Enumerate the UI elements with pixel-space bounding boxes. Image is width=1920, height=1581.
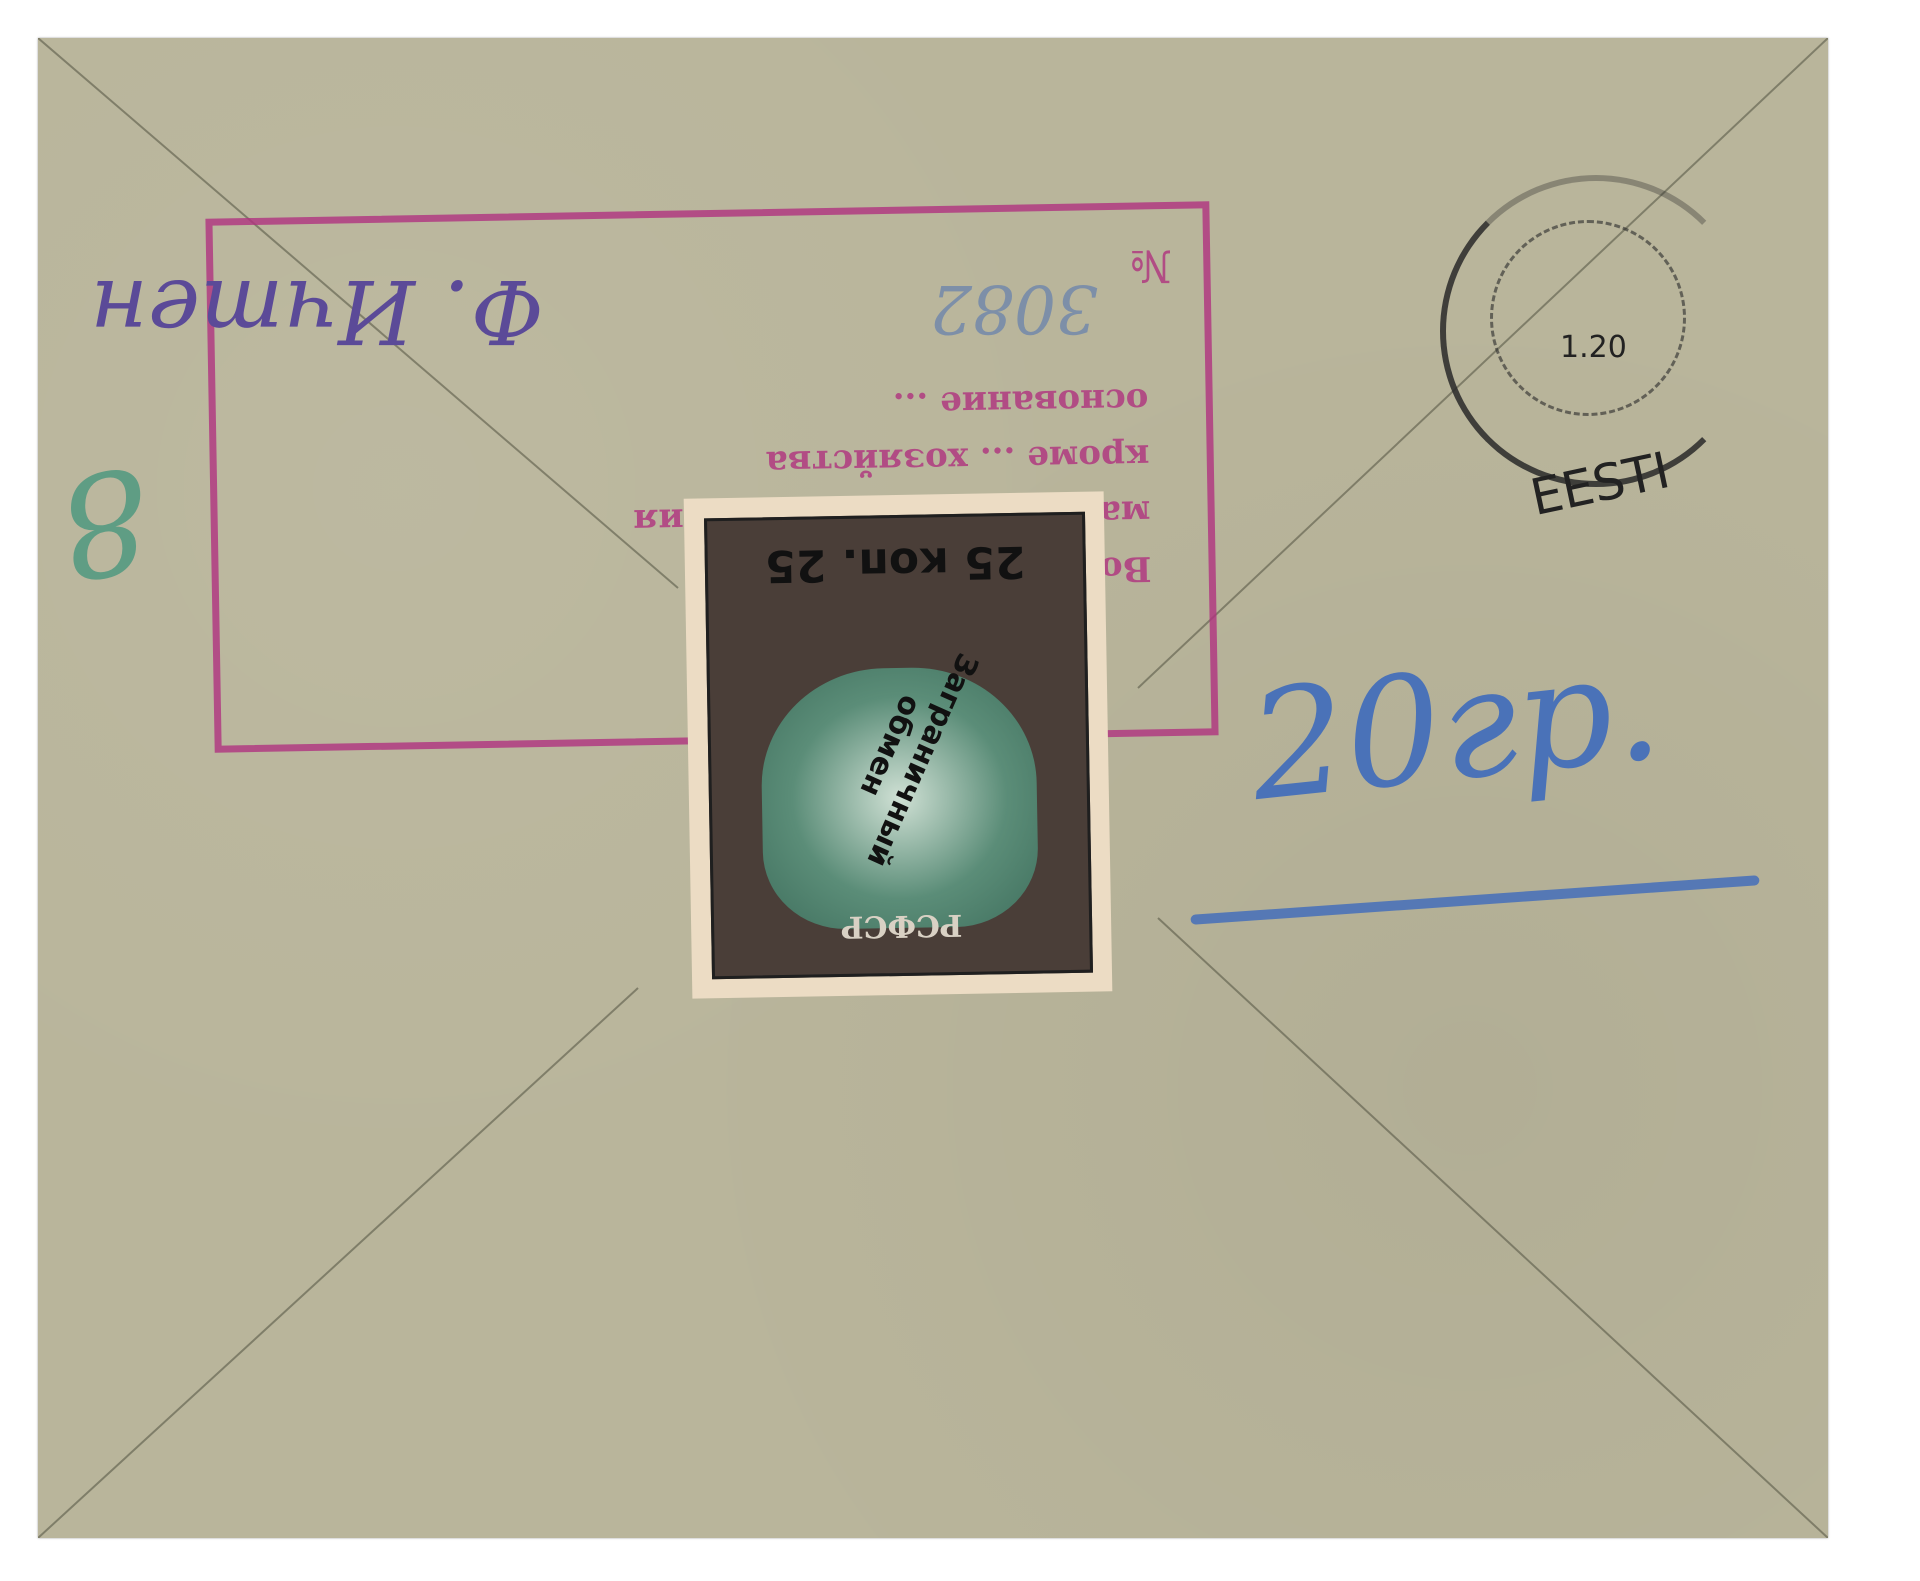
postage-stamp: 25 коп. 25 Заграничный обмен РСФСР <box>684 491 1113 998</box>
stamp-country: РСФСР <box>714 905 1090 947</box>
stamp-surcharge-value: 25 коп. 25 <box>707 535 1083 593</box>
stamp-design: 25 коп. 25 Заграничный обмен РСФСР <box>704 512 1093 980</box>
postmark-date: 1.20 <box>1560 330 1627 365</box>
violet-signature: Ф. Ичтен <box>90 260 544 363</box>
censor-number-label: № <box>1130 240 1172 291</box>
pencil-number: 3082 <box>930 270 1098 347</box>
postmark-inner-circle <box>1490 220 1686 416</box>
